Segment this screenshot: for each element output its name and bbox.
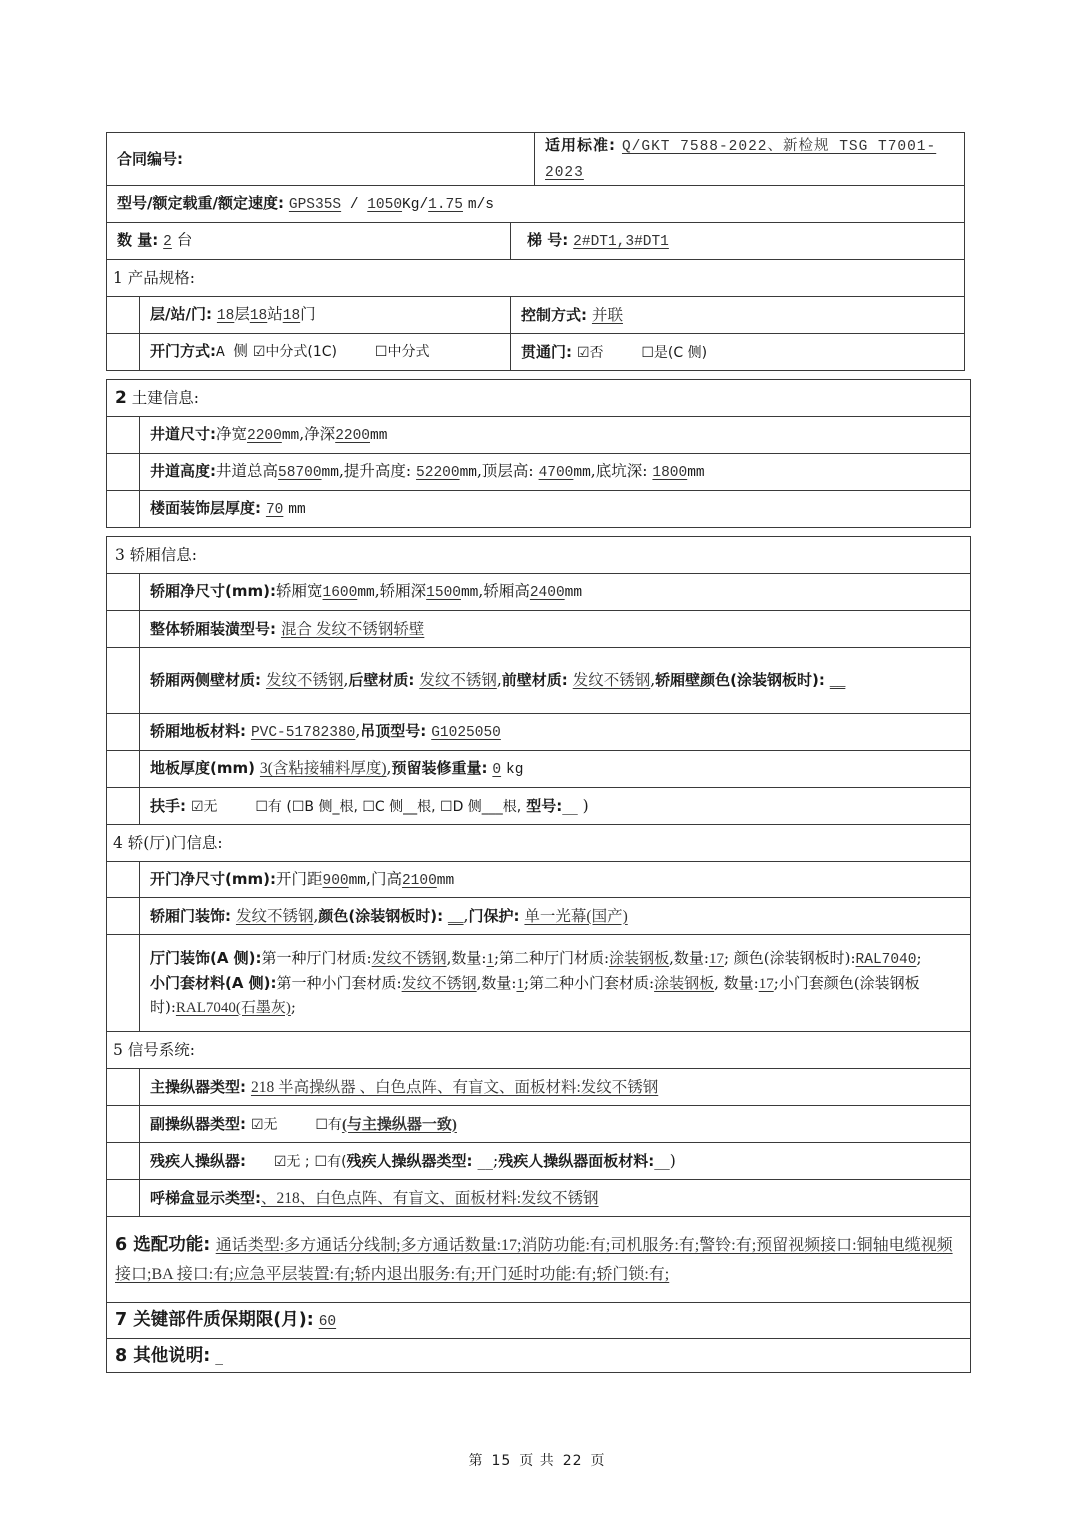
shaft-height-row: 井道高度:井道总高58700mm,提升高度: 52200mm,顶层高: 4700… [107,454,971,491]
travel-value: 52200 [416,465,460,481]
section6-cell: 6 选配功能: 通话类型:多方通话分线制;多方通话数量:17;消防功能:有;司机… [107,1217,971,1303]
elevator-no-label: 梯 号: [527,231,568,249]
wall-color-value: __ [830,672,846,689]
floors-value: 18 [217,308,234,324]
wall-material-cell: 轿厢两侧壁材质: 发纹不锈钢,后壁材质: 发纹不锈钢,前壁材质: 发纹不锈钢,轿… [140,648,971,714]
car-door-color-label: 颜色(涂装钢板时): [318,907,443,925]
aux-cop-yes-checkbox[interactable]: ☐有 [315,1117,342,1133]
doors-value: 18 [283,308,300,324]
unit-mm: mm [370,428,387,444]
document-page: 合同编号: 适用标准: Q/GKT 7588-2022、新检规 TSG T700… [0,0,1074,1520]
floor-material-value: PVC-51782380 [251,725,355,741]
aux-cop-note: (与主操纵器一致) [342,1117,457,1133]
overhead-label: 顶层高: [482,462,534,480]
quantity-label: 数 量: [117,231,158,249]
section1-title: 1 产品规格: [107,260,965,297]
page-suffix: 页 [591,1453,606,1469]
car-door-row: 轿厢门装饰: 发纹不锈钢,颜色(涂装钢板时): __,门保护: 单一光幕(国产) [107,898,971,935]
section7-title: 7 关键部件质保期限(月): [115,1310,314,1330]
car-width-label: 轿厢宽 [276,582,323,600]
net-depth-label: 净深 [304,425,335,443]
landing-color-value: RAL7040 [856,952,917,968]
handrail-model-value: __ ) [562,797,588,815]
elevator-no-value: 2#DT1,3#DT1 [573,234,669,250]
section6-title: 6 选配功能: [115,1235,210,1255]
landing-color-label: 颜色(涂装钢板时): [734,949,856,967]
load-unit: Kg/ [402,197,428,213]
door-open-side: A 侧 [216,345,248,361]
floor-material-row: 轿厢地板材料: PVC-51782380,吊顶型号: G1025050 [107,714,971,751]
shaft-size-row: 井道尺寸:净宽2200mm,净深2200mm [107,417,971,454]
overhead-value: 4700 [539,465,574,481]
pit-value: 1800 [652,465,687,481]
door-height-label: 门高 [371,870,402,888]
section8-cell: 8 其他说明: _ [107,1339,971,1373]
floor-material-cell: 轿厢地板材料: PVC-51782380,吊顶型号: G1025050 [140,714,971,751]
section2-number: 2 [115,388,127,408]
car-height-value: 2400 [530,585,565,601]
standard-cell: 适用标准: Q/GKT 7588-2022、新检规 TSG T7001-2023 [535,133,965,186]
door-width-label: 开门距 [276,870,323,888]
hall-display-label: 呼梯盒显示类型: [150,1189,261,1207]
main-cop-value: 218 半高操纵器 、白色点阵、有盲文、面板材料:发纹不锈钢 [251,1079,658,1096]
elevator-no-cell: 梯 号: 2#DT1,3#DT1 [511,223,965,260]
stops-value: 18 [250,308,267,324]
section2-title: 2 土建信息: [107,380,971,417]
disabled-cop-yes-checkbox[interactable]: ☐有( [315,1154,347,1170]
shaft-size-cell: 井道尺寸:净宽2200mm,净深2200mm [140,417,971,454]
frame-color-value: RAL7040(石墨灰) [176,1000,291,1016]
net-width-value: 2200 [247,428,282,444]
car-width-value: 1600 [323,585,358,601]
total-height-label: 井道总高 [216,462,278,480]
control-label: 控制方式: [521,306,587,324]
ceiling-value: G1025050 [431,725,501,741]
control-cell: 控制方式: 并联 [511,297,965,334]
net-depth-value: 2200 [335,428,370,444]
section2-title-text: 土建信息: [132,389,199,407]
reserved-weight-unit: kg [506,762,523,778]
disabled-cop-cell: 残疾人操纵器: ☑无 ; ☐有(残疾人操纵器类型: __;残疾人操纵器面板材料:… [140,1143,971,1180]
unit-mm: mm [565,585,582,601]
unit-mm: mm [460,465,477,481]
car-size-cell: 轿厢净尺寸(mm):轿厢宽1600mm,轿厢深1500mm,轿厢高2400mm [140,574,971,611]
section8-row: 8 其他说明: _ [107,1339,971,1373]
floor-finish-label: 楼面装饰层厚度: [150,499,261,517]
frame-qty1: 1 [516,976,524,992]
page-footer: 第15页 共22页 [0,1450,1074,1470]
floor-thickness-value: 3(含粘接辅料厚度) [260,760,387,777]
aux-cop-row: 副操纵器类型: ☑无 ☐有(与主操纵器一致) [107,1106,971,1143]
car-size-label: 轿厢净尺寸(mm): [150,582,276,600]
floor-thickness-row: 地板厚度(mm) 3(含粘接辅料厚度),预留装修重量: 0 kg [107,751,971,788]
qty-label: 数量: [481,974,516,992]
floor-thickness-cell: 地板厚度(mm) 3(含粘接辅料厚度),预留装修重量: 0 kg [140,751,971,788]
quantity-value: 2 [163,234,172,250]
landing-door-qty2: 17 [709,951,724,967]
contract-no-label: 合同编号: [117,150,183,168]
section8-value: _ [215,1347,223,1365]
door-open-center-alt-checkbox[interactable]: ☐中分式 [375,344,430,360]
standard-label: 适用标准: [545,136,616,154]
rear-wall-label: 后壁材质: [348,671,414,689]
main-cop-cell: 主操纵器类型: 218 半高操纵器 、白色点阵、有盲文、面板材料:发纹不锈钢 [140,1069,971,1106]
net-width-label: 净宽 [216,425,247,443]
section7-cell: 7 关键部件质保期限(月): 60 [107,1303,971,1339]
through-door-no-checkbox[interactable]: ☑否 [577,345,604,361]
stops-unit: 站 [267,305,283,323]
rear-wall-value: 发纹不锈钢 [419,672,497,689]
front-wall-label: 前壁材质: [502,671,568,689]
through-door-cell: 贯通门: ☑否 ☐是(C 侧) [511,334,965,371]
unit-mm: mm [687,465,704,481]
disabled-type-value: __; [477,1152,498,1170]
floor-finish-row: 楼面装饰层厚度: 70 mm [107,491,971,528]
door-protect-value: 单一光幕(国产) [524,908,627,925]
decor-model-label: 整体轿厢装潢型号: [150,620,276,638]
handrail-model-label: 型号: [526,797,562,815]
decor-model-value: 混合 发纹不锈钢轿壁 [281,621,424,638]
section8-title: 8 其他说明: [115,1346,210,1366]
unit-mm: mm [322,465,339,481]
decor-model-cell: 整体轿厢装潢型号: 混合 发纹不锈钢轿壁 [140,611,971,648]
quantity-row: 数 量: 2 台 梯 号: 2#DT1,3#DT1 [107,223,965,260]
unit-mm: mm [461,585,478,601]
landing-door-mat2: 涂装钢板 [609,951,669,967]
hall-display-row: 呼梯盒显示类型:、218、白色点阵、有盲文、面板材料:发纹不锈钢 [107,1180,971,1217]
section2-title-row: 2 土建信息: [107,380,971,417]
handrail-none-checkbox[interactable]: ☑无 [191,799,218,815]
through-door-yes-checkbox[interactable]: ☐是(C 侧) [641,345,707,361]
floor-material-label: 轿厢地板材料: [150,722,246,740]
quantity-cell: 数 量: 2 台 [107,223,511,260]
floors-cell: 层/站/门: 18层18站18门 [140,297,511,334]
qty-label: 数量: [674,949,709,967]
landing-door-mat1: 发纹不锈钢 [372,951,447,967]
decor-model-row: 整体轿厢装潢型号: 混合 发纹不锈钢轿壁 [107,611,971,648]
header-table: 合同编号: 适用标准: Q/GKT 7588-2022、新检规 TSG T700… [106,132,965,371]
car-door-color-value: __ [448,908,464,925]
landing-door-cell: 厅门装饰(A 侧):第一种厅门材质:发纹不锈钢,数量:1;第二种厅门材质:涂装钢… [140,935,971,1032]
disabled-cop-label: 残疾人操纵器: [150,1152,246,1170]
contract-row: 合同编号: 适用标准: Q/GKT 7588-2022、新检规 TSG T700… [107,133,965,186]
page-prefix: 第 [468,1453,483,1469]
door-size-row: 开门净尺寸(mm):开门距900mm,门高2100mm [107,862,971,898]
section3-title: 3 轿厢信息: [107,537,971,574]
shaft-height-cell: 井道高度:井道总高58700mm,提升高度: 52200mm,顶层高: 4700… [140,454,971,491]
section3-title-row: 3 轿厢信息: [107,537,971,574]
disabled-cop-none-checkbox[interactable]: ☑无 ; [274,1154,310,1170]
car-door-value: 发纹不锈钢 [236,908,314,925]
pit-label: 底坑深: [596,462,648,480]
ceiling-label: 吊顶型号: [360,722,426,740]
unit-mm: mm [357,585,374,601]
car-depth-label: 轿厢深 [380,582,427,600]
aux-cop-label: 副操纵器类型: [150,1115,246,1133]
landing-door-label: 厅门装饰(A 侧): [150,949,262,967]
speed-value: 1.75 [428,197,463,213]
section7-value: 60 [319,1314,336,1330]
floors-label: 层/站/门: [150,305,212,323]
car-size-row: 轿厢净尺寸(mm):轿厢宽1600mm,轿厢深1500mm,轿厢高2400mm [107,574,971,611]
landing-door-qty1: 1 [486,951,494,967]
frame-text1: 第一种小门套材质: [277,974,402,992]
reserved-weight-value: 0 [492,762,501,778]
door-open-label: 开门方式: [150,342,216,360]
floor-finish-cell: 楼面装饰层厚度: 70 mm [140,491,971,528]
frame-mat1: 发纹不锈钢 [402,976,477,992]
model-row: 型号/额定载重/额定速度: GPS35S / 1050Kg/1.75 m/s [107,186,965,223]
section6-row: 6 选配功能: 通话类型:多方通话分线制;多方通话数量:17;消防功能:有;司机… [107,1217,971,1303]
quantity-unit: 台 [177,231,193,249]
section5-title-row: 5 信号系统: [107,1032,971,1069]
disabled-panel-value: __) [654,1152,676,1170]
front-wall-value: 发纹不锈钢 [573,672,651,689]
car-door-cell: 轿厢门装饰: 发纹不锈钢,颜色(涂装钢板时): __,门保护: 单一光幕(国产) [140,898,971,935]
aux-cop-cell: 副操纵器类型: ☑无 ☐有(与主操纵器一致) [140,1106,971,1143]
civil-info-table: 2 土建信息: 井道尺寸:净宽2200mm,净深2200mm 井道高度:井道总高… [106,379,971,528]
landing-door-text2: 第二种厅门材质: [499,949,609,967]
handrail-cell: 扶手: ☑无 ☐有 (☐B 侧_根, ☐C 侧__根, ☐D 侧___根, 型号… [140,788,971,825]
section7-row: 7 关键部件质保期限(月): 60 [107,1303,971,1339]
handrail-label: 扶手: [150,797,186,815]
section4-title: 4 轿(厅)门信息: [107,825,971,862]
control-value: 并联 [592,307,623,324]
qty-label: 数量: [724,974,759,992]
page-current: 15 [491,1453,511,1469]
floors-unit: 层 [234,305,250,323]
page-total: 22 [563,1453,583,1469]
door-size-cell: 开门净尺寸(mm):开门距900mm,门高2100mm [140,862,971,898]
side-wall-value: 发纹不锈钢 [266,672,344,689]
qty-label: 数量: [451,949,486,967]
contract-no-cell: 合同编号: [107,133,535,186]
doors-unit: 门 [300,305,316,323]
model-value: GPS35S [289,197,341,213]
side-wall-label: 轿厢两侧壁材质: [150,671,261,689]
car-info-table: 3 轿厢信息: 轿厢净尺寸(mm):轿厢宽1600mm,轿厢深1500mm,轿厢… [106,536,971,1373]
section6-value: 通话类型:多方通话分线制;多方通话数量:17;消防功能:有;司机服务:有;警铃:… [115,1237,953,1283]
unit-mm: mm [288,502,305,518]
hall-display-value: 、218、白色点阵、有盲文、面板材料:发纹不锈钢 [261,1190,599,1207]
landing-door-row: 厅门装饰(A 侧):第一种厅门材质:发纹不锈钢,数量:1;第二种厅门材质:涂装钢… [107,935,971,1032]
disabled-type-label: 残疾人操纵器类型: [347,1152,473,1170]
section4-title-row: 4 轿(厅)门信息: [107,825,971,862]
model-cell: 型号/额定载重/额定速度: GPS35S / 1050Kg/1.75 m/s [107,186,965,223]
load-value: 1050 [367,197,402,213]
disabled-cop-row: 残疾人操纵器: ☑无 ; ☐有(残疾人操纵器类型: __;残疾人操纵器面板材料:… [107,1143,971,1180]
frame-qty2: 17 [759,976,774,992]
section5-title: 5 信号系统: [107,1032,971,1069]
frame-text2: 第二种小门套材质: [529,974,654,992]
total-height-value: 58700 [278,465,322,481]
door-open-cell: 开门方式:A 侧 ☑中分式(1C) ☐中分式 [140,334,511,371]
unit-mm: mm [573,465,590,481]
door-size-label: 开门净尺寸(mm): [150,870,276,888]
disabled-panel-label: 残疾人操纵器面板材料: [498,1152,654,1170]
floor-thickness-label: 地板厚度(mm) [150,759,255,777]
car-door-label: 轿厢门装饰: [150,907,231,925]
landing-door-text1: 第一种厅门材质: [262,949,372,967]
floors-row: 层/站/门: 18层18站18门 控制方式: 并联 [107,297,965,334]
wall-color-label: 轿厢壁颜色(涂装钢板时): [655,671,825,689]
door-height-value: 2100 [402,873,437,889]
wall-material-row: 轿厢两侧壁材质: 发纹不锈钢,后壁材质: 发纹不锈钢,前壁材质: 发纹不锈钢,轿… [107,648,971,714]
car-height-label: 轿厢高 [483,582,530,600]
unit-mm: mm [282,428,299,444]
floor-finish-value: 70 [266,502,283,518]
handrail-yes-checkbox[interactable]: ☐有 (☐B 侧_根, ☐C 侧__根, ☐D 侧___根, [255,799,521,815]
frame-mat2: 涂装钢板 [654,976,714,992]
unit-mm: mm [437,873,454,889]
door-open-row: 开门方式:A 侧 ☑中分式(1C) ☐中分式 贯通门: ☑否 ☐是(C 侧) [107,334,965,371]
hall-display-cell: 呼梯盒显示类型:、218、白色点阵、有盲文、面板材料:发纹不锈钢 [140,1180,971,1217]
model-label: 型号/额定载重/额定速度: [117,194,284,212]
aux-cop-none-checkbox[interactable]: ☑无 [251,1117,278,1133]
door-protect-label: 门保护: [468,907,519,925]
travel-label: 提升高度: [344,462,411,480]
reserved-weight-label: 预留装修重量: [391,759,487,777]
door-open-center-checkbox[interactable]: ☑中分式(1C) [253,344,337,360]
through-door-label: 贯通门: [521,343,572,361]
speed-unit: m/s [468,197,494,213]
door-width-value: 900 [323,873,349,889]
shaft-height-label: 井道高度: [150,462,216,480]
page-mid: 页 共 [519,1453,554,1469]
frame-label: 小门套材料(A 侧): [150,974,277,992]
car-depth-value: 1500 [426,585,461,601]
handrail-row: 扶手: ☑无 ☐有 (☐B 侧_根, ☐C 侧__根, ☐D 侧___根, 型号… [107,788,971,825]
unit-mm: mm [349,873,366,889]
shaft-size-label: 井道尺寸: [150,425,216,443]
main-cop-label: 主操纵器类型: [150,1078,246,1096]
section1-title-row: 1 产品规格: [107,260,965,297]
main-cop-row: 主操纵器类型: 218 半高操纵器 、白色点阵、有盲文、面板材料:发纹不锈钢 [107,1069,971,1106]
